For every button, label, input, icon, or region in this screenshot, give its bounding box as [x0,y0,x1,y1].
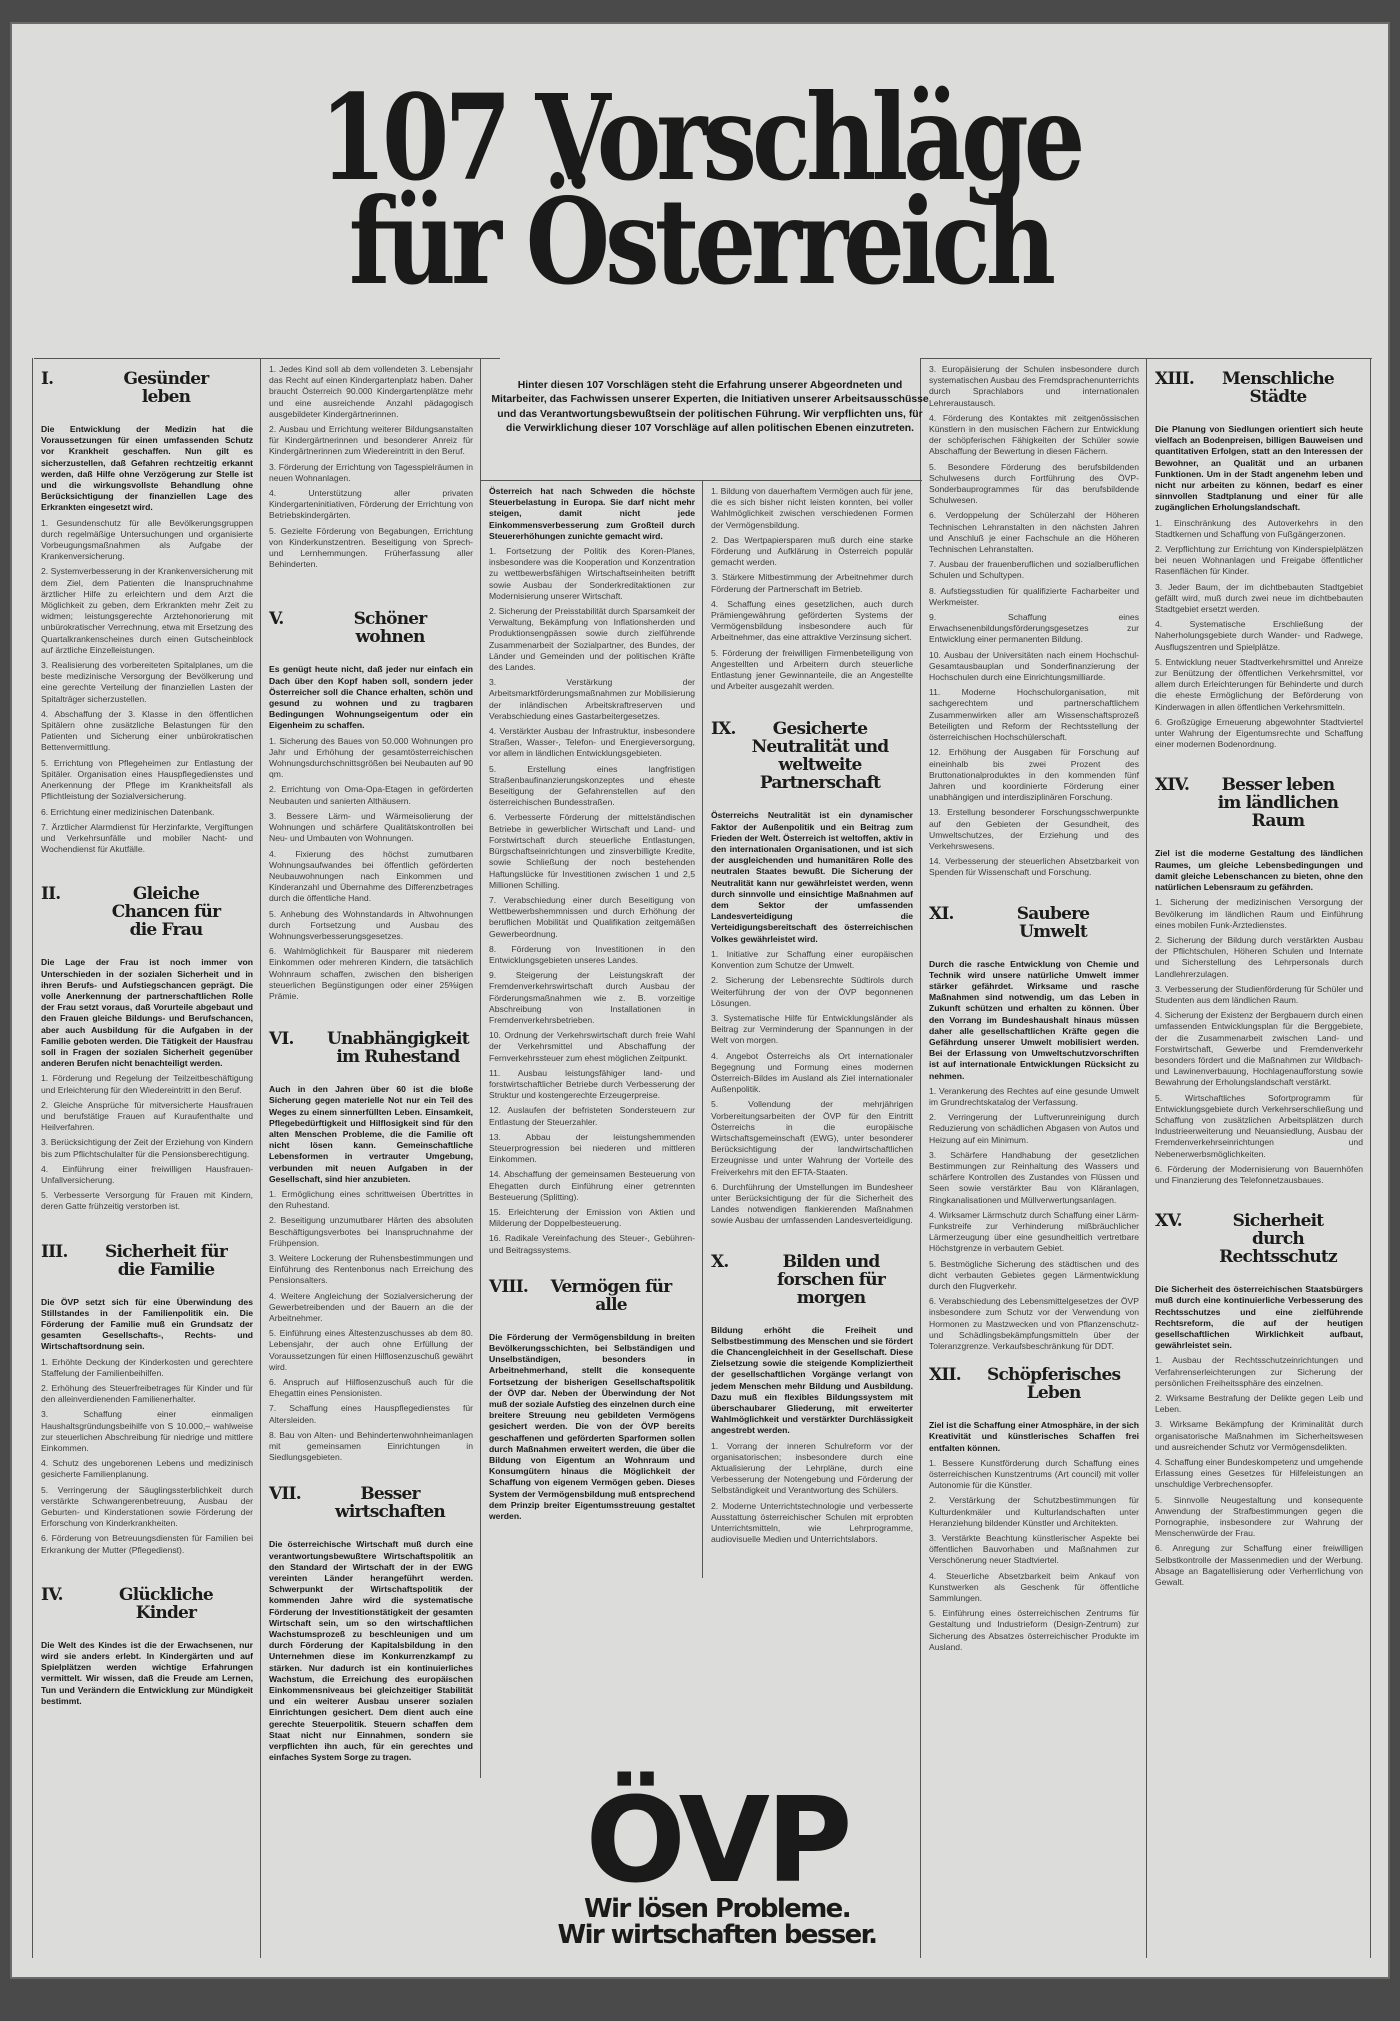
proposal-item: 5. Besondere Förderung des berufsbildend… [929,462,1139,507]
proposal-item: 6. Verdoppelung der Schülerzahl der Höhe… [929,510,1139,555]
section-lead: Ziel ist die moderne Gestaltung des länd… [1155,848,1363,893]
proposal-item: 1. Fortsetzung der Politik des Koren-Pla… [489,546,695,602]
proposal-item: 6. Durchführung der Umstellungen im Bund… [711,1182,913,1227]
proposal-item: 5. Einführung eines österreichischen Zen… [929,1608,1139,1653]
proposal-item: 3. Verstärkung der Arbeitsmarktförderung… [489,677,695,722]
section-10: X.Bilden und forschen für morgen Bildung… [711,1253,913,1546]
proposal-item: 3. Verstärkte Beachtung künstlerischer A… [929,1533,1139,1567]
section-lead: Die Planung von Siedlungen orientiert si… [1155,424,1363,514]
section-title: Schöpferisches Leben [987,1366,1140,1402]
proposal-item: 5. Erstellung eines langfristigen Straße… [489,764,695,809]
proposal-item: 8. Aufstiegsstudien für qualifizierte Fa… [929,586,1139,608]
proposal-item: 4. Weitere Angleichung der Sozialversich… [269,1291,473,1325]
section-11: XI.Saubere Umwelt Durch die rasche Entwi… [929,905,1139,1353]
proposal-item: 9. Schaffung eines Erwachsenenbildungsfö… [929,612,1139,646]
proposal-item: 2. Wirksame Bestrafung der Delikte gegen… [1155,1393,1363,1415]
proposal-item: 3. Realisierung des vorbereiteten Spital… [41,660,253,705]
proposal-item: 13. Abbau der leistungshemmenden Steuerp… [489,1132,695,1166]
proposal-item: 5. Förderung der freiwilligen Firmenbete… [711,648,913,693]
proposal-item: 4. Einführung einer freiwilligen Hausfra… [41,1164,253,1186]
intro-statement: Hinter diesen 107 Vorschlägen steht die … [490,379,930,437]
section-lead: Bildung erhöht die Freiheit und Selbstbe… [711,1325,913,1437]
section-3: III.Sicherheit für die Familie Die ÖVP s… [41,1243,253,1556]
section-6: VI.Unabhängigkeit im Ruhestand Auch in d… [269,1030,473,1463]
proposal-item: 2. Ausbau und Errichtung weiterer Bildun… [269,424,473,458]
section-title: Gesicherte Neutralität und weltweite Par… [747,720,913,792]
section-number: II. [41,885,99,939]
column-4: 1. Bildung von dauerhaftem Vermögen auch… [704,486,920,1549]
proposal-item: 5. Wirtschaftliches Sofortprogramm für E… [1155,1093,1363,1160]
section-7: VII.Besser wirtschaften Die österreichis… [269,1485,473,1763]
proposal-item: 4. Schaffung eines gesetzlichen, auch du… [711,599,913,644]
proposal-item: 1. Sicherung der medizinischen Versorgun… [1155,897,1363,931]
proposal-item: 4. Fixierung des höchst zumutbaren Wohnu… [269,849,473,905]
proposal-item: 4. Systematische Erschließung der Naherh… [1155,619,1363,653]
section-title: Gleiche Chancen für die Frau [99,885,253,939]
divider [34,358,500,359]
proposal-item: 6. Anspruch auf Hilflosenzuschuß auch fü… [269,1377,473,1399]
section-lead: Die Sicherheit des österreichischen Staa… [1155,1284,1363,1351]
proposal-item: 3. Schärfere Handhabung der gesetzlichen… [929,1150,1139,1206]
section-title: Vermögen für alle [547,1278,695,1314]
proposal-item: 2. Sicherung der Preisstabilität durch S… [489,606,695,673]
proposal-item: 7. Schaffung eines Hauspflegedienstes fü… [269,1403,473,1425]
proposal-item: 1. Verankerung des Rechtes auf eine gesu… [929,1086,1139,1108]
proposal-item: 1. Förderung und Regelung der Teilzeitbe… [41,1073,253,1095]
proposal-item: 1. Gesundenschutz für alle Bevölkerungsg… [41,518,253,563]
column-5: 3. Europäisierung der Schulen insbesonde… [922,364,1146,1657]
column-2: 1. Jedes Kind soll ab dem vollendeten 3.… [262,364,480,1768]
proposal-item: 1. Vorrang der inneren Schulreform vor d… [711,1441,913,1497]
section-number: IV. [41,1586,99,1622]
divider [480,358,481,1778]
oevp-logo-mark: ÖVP [517,1784,917,1896]
proposal-item: 12. Auslaufen der befristeten Sondersteu… [489,1105,695,1127]
proposal-item: 2. Errichtung von Oma-Opa-Etagen in gefö… [269,784,473,806]
divider [32,358,33,1958]
section-title: Sicherheit durch Rechtsschutz [1213,1212,1363,1266]
section-title: Bilden und forschen für morgen [769,1253,913,1307]
proposal-item: 6. Verbesserte Förderung der mittelständ… [489,812,695,890]
proposal-item: 10. Ausbau der Universitäten nach einem … [929,650,1139,684]
section-title: Besser wirtschaften [327,1485,473,1521]
section-number: XII. [929,1366,987,1402]
section-lead: Die Förderung der Vermögensbildung in br… [489,1332,695,1522]
proposal-item: 2. Sicherung der Bildung durch verstärkt… [1155,935,1363,980]
section-number: VIII. [489,1278,547,1314]
slogan-line-1: Wir lösen Probleme. [517,1896,917,1922]
proposal-item: 3. Europäisierung der Schulen insbesonde… [929,364,1139,409]
section-lead: Österreich hat nach Schweden die höchste… [489,486,695,542]
section-number: IX. [711,720,747,792]
proposal-item: 2. Sicherung der Lebensrechte Südtirols … [711,975,913,1009]
section-1: I.Gesünder leben Die Entwicklung der Med… [41,370,253,855]
section-4: IV.Glückliche Kinder Die Welt des Kindes… [41,1586,253,1707]
section-lead: Die Entwicklung der Medizin hat die Vora… [41,424,253,514]
proposal-item: 5. Anhebung des Wohnstandards in Altwohn… [269,909,473,943]
page-headline: 107 Vorschläge für Österreich [136,86,1264,294]
section-title: Gesünder leben [99,370,253,406]
proposal-item: 3. Verbesserung der Studienförderung für… [1155,984,1363,1006]
proposal-item: 7. Ausbau der frauenberuflichen und sozi… [929,559,1139,581]
proposal-item: 2. Verringerung der Luftverunreinigung d… [929,1112,1139,1146]
section-lead: Die österreichische Wirtschaft muß durch… [269,1539,473,1763]
proposal-item: 13. Erstellung besonderer Forschungsschw… [929,807,1139,852]
proposal-item: 2. Moderne Unterrichtstechnologie und ve… [711,1501,913,1546]
proposal-item: 1. Sicherung des Baues von 50.000 Wohnun… [269,736,473,781]
section-title: Saubere Umwelt [987,905,1139,941]
section-number: X. [711,1253,769,1307]
section-12: XII.Schöpferisches Leben Ziel ist die Sc… [929,1366,1139,1653]
divider [260,358,261,1958]
section-number: XIII. [1155,370,1213,406]
proposal-item: 11. Moderne Hochschulorganisation, mit s… [929,687,1139,743]
section-lead: Durch die rasche Entwicklung von Chemie … [929,959,1139,1082]
proposal-item: 2. Systemverbesserung in der Krankenvers… [41,566,253,656]
proposal-item: 8. Förderung von Investitionen in den En… [489,944,695,966]
proposal-item: 7. Verabschiedung einer durch Beseitigun… [489,895,695,940]
section-title: Besser leben im ländlichen Raum [1213,776,1363,830]
proposal-item: 6. Förderung von Betreuungsdiensten für … [41,1533,253,1555]
party-logo: ÖVP Wir lösen Probleme. Wir wirtschaften… [517,1784,917,1948]
section-lead: Die ÖVP setzt sich für eine Überwindung … [41,1297,253,1353]
proposal-item: 1. Ermöglichung eines schrittweisen Über… [269,1189,473,1211]
section-title: Schöner wohnen [327,610,473,646]
section-8: VIII.Vermögen für alle Die Förderung der… [489,1278,695,1522]
headline-line-2: für Österreich [136,190,1264,294]
proposal-item: 5. Gezielte Förderung von Begabungen, Er… [269,526,473,571]
section-14: XIV.Besser leben im ländlichen Raum Ziel… [1155,776,1363,1186]
proposal-item: 3. Schaffung einer einmaligen Haushaltsg… [41,1409,253,1454]
divider [480,480,922,481]
proposal-item: 5. Verbesserte Versorgung für Frauen mit… [41,1190,253,1212]
proposal-item: 4. Abschaffung der 3. Klasse in den öffe… [41,709,253,754]
section-title: Sicherheit für die Familie [99,1243,253,1279]
proposal-item: 5. Bestmögliche Sicherung des städtische… [929,1259,1139,1293]
proposal-item: 5. Einführung eines Ältestenzuschusses a… [269,1328,473,1373]
proposal-item: 3. Bessere Lärm- und Wärmeisolierung der… [269,811,473,845]
proposal-item: 1. Erhöhte Deckung der Kinderkosten und … [41,1357,253,1379]
proposal-item: 6. Verabschiedung des Lebensmittelgesetz… [929,1296,1139,1352]
proposal-item: 3. Systematische Hilfe für Entwicklungsl… [711,1013,913,1047]
newspaper-page: 107 Vorschläge für Österreich Hinter die… [10,22,1390,1979]
section-number: III. [41,1243,99,1279]
column-3: Österreich hat nach Schweden die höchste… [482,486,702,1526]
proposal-item: 5. Verringerung der Säuglingssterblichke… [41,1485,253,1530]
divider [1370,358,1371,1958]
proposal-item: 14. Verbesserung der steuerlichen Absetz… [929,856,1139,878]
proposal-item: 6. Anregung zur Schaffung einer freiwill… [1155,1543,1363,1588]
proposal-item: 5. Sinnvolle Neugestaltung und konsequen… [1155,1495,1363,1540]
proposal-item: 3. Jeder Baum, der im dichtbebauten Stad… [1155,582,1363,616]
proposal-item: 5. Errichtung von Pflegeheimen zur Entla… [41,758,253,803]
proposal-item: 5. Entwicklung neuer Stadtverkehrsmittel… [1155,657,1363,713]
section-5: V.Schöner wohnen Es genügt heute nicht, … [269,610,473,1002]
proposal-item: 3. Stärkere Mitbestimmung der Arbeitnehm… [711,572,913,594]
proposal-item: 6. Errichtung einer medizinischen Datenb… [41,807,253,818]
section-lead: Ziel ist die Schaffung einer Atmosphäre,… [929,1420,1139,1454]
proposal-item: 2. Gleiche Ansprüche für mitversicherte … [41,1100,253,1134]
section-title: Menschliche Städte [1213,370,1363,406]
section-lead: Die Lage der Frau ist noch immer von Unt… [41,957,253,1069]
proposal-item: 4. Angebot Österreichs als Ort internati… [711,1051,913,1096]
proposal-item: 2. Erhöhung des Steuerfreibetrages für K… [41,1383,253,1405]
proposal-item: 8. Bau von Alten- und Behindertenwohnhei… [269,1430,473,1464]
proposal-item: 4. Unterstützung aller privaten Kinderga… [269,488,473,522]
proposal-item: 6. Förderung der Modernisierung von Baue… [1155,1164,1363,1186]
proposal-item: 16. Radikale Vereinfachung des Steuer-, … [489,1233,695,1255]
divider [702,480,703,1578]
section-number: XIV. [1155,776,1213,830]
slogan-line-2: Wir wirtschaften besser. [517,1922,917,1948]
proposal-item: 4. Steuerliche Absetzbarkeit beim Ankauf… [929,1571,1139,1605]
proposal-item: 1. Bildung von dauerhaftem Vermögen auch… [711,486,913,531]
section-13: XIII.Menschliche Städte Die Planung von … [1155,370,1363,750]
proposal-item: 4. Schaffung einer Bundeskompetenz und u… [1155,1457,1363,1491]
proposal-item: 3. Berücksichtigung der Zeit der Erziehu… [41,1137,253,1159]
proposal-item: 4. Verstärkter Ausbau der Infrastruktur,… [489,726,695,760]
proposal-item: 1. Bessere Kunstförderung durch Schaffun… [929,1458,1139,1492]
proposal-item: 4. Förderung des Kontaktes mit zeitgenös… [929,413,1139,458]
proposal-item: 3. Förderung der Errichtung von Tagesspi… [269,462,473,484]
proposal-item: 15. Erleichterung der Emission von Aktie… [489,1207,695,1229]
section-number: XI. [929,905,987,941]
proposal-item: 12. Erhöhung der Ausgaben für Forschung … [929,747,1139,803]
proposal-item: 3. Weitere Lockerung der Ruhensbestimmun… [269,1253,473,1287]
proposal-item: 5. Vollendung der mehrjährigen Vorbereit… [711,1099,913,1177]
proposal-item: 2. Das Wertpapiersparen muß durch eine s… [711,535,913,569]
section-9: IX.Gesicherte Neutralität und weltweite … [711,720,913,1226]
column-1: I.Gesünder leben Die Entwicklung der Med… [34,364,260,1711]
proposal-item: 4. Sicherung der Existenz der Bergbauern… [1155,1010,1363,1088]
divider [920,358,921,1958]
proposal-item: 2. Beseitigung unzumutbarer Härten des a… [269,1215,473,1249]
section-15: XV.Sicherheit durch Rechtsschutz Die Sic… [1155,1212,1363,1588]
section-title: Glückliche Kinder [99,1586,253,1622]
proposal-item: 11. Ausbau leistungsfähiger land- und fo… [489,1068,695,1102]
column-6: XIII.Menschliche Städte Die Planung von … [1148,364,1370,1592]
proposal-item: 7. Ärztlicher Alarmdienst für Herzinfark… [41,822,253,856]
proposal-item: 2. Verpflichtung zur Errichtung von Kind… [1155,544,1363,578]
proposal-item: 4. Schutz des ungeborenen Lebens und med… [41,1458,253,1480]
section-title: Unabhängigkeit im Ruhestand [327,1030,489,1066]
proposal-item: 2. Verstärkung der Schutzbestimmungen fü… [929,1495,1139,1529]
section-number: XV. [1155,1212,1213,1266]
section-2: II.Gleiche Chancen für die Frau Die Lage… [41,885,253,1212]
section-lead: Die Welt des Kindes ist die der Erwachse… [41,1640,253,1707]
section-lead: Auch in den Jahren über 60 ist die bloße… [269,1084,473,1185]
section-number: VI. [269,1030,327,1066]
section-lead: Österreichs Neutralität ist ein dynamisc… [711,810,913,944]
proposal-item: 10. Ordnung der Verkehrswirtschaft durch… [489,1030,695,1064]
proposal-item: 1. Jedes Kind soll ab dem vollendeten 3.… [269,364,473,420]
section-lead: Es genügt heute nicht, daß jeder nur ein… [269,664,473,731]
divider [1146,358,1147,1958]
proposal-item: 1. Ausbau der Rechtsschutzeinrichtungen … [1155,1355,1363,1389]
proposal-item: 6. Wahlmöglichkeit für Bausparer mit nie… [269,946,473,1002]
section-number: I. [41,370,99,406]
section-number: V. [269,610,327,646]
proposal-item: 3. Wirksame Bekämpfung der Kriminalität … [1155,1419,1363,1453]
proposal-item: 9. Steigerung der Leistungskraft der Fre… [489,970,695,1026]
section-number: VII. [269,1485,327,1521]
proposal-item: 4. Wirksamer Lärmschutz durch Schaffung … [929,1210,1139,1255]
proposal-item: 1. Einschränkung des Autoverkehrs in den… [1155,518,1363,540]
proposal-item: 1. Initiative zur Schaffung einer europä… [711,949,913,971]
proposal-item: 14. Abschaffung der gemeinsamen Besteuer… [489,1169,695,1203]
proposal-item: 6. Großzügige Erneuerung abgewohnter Sta… [1155,717,1363,751]
